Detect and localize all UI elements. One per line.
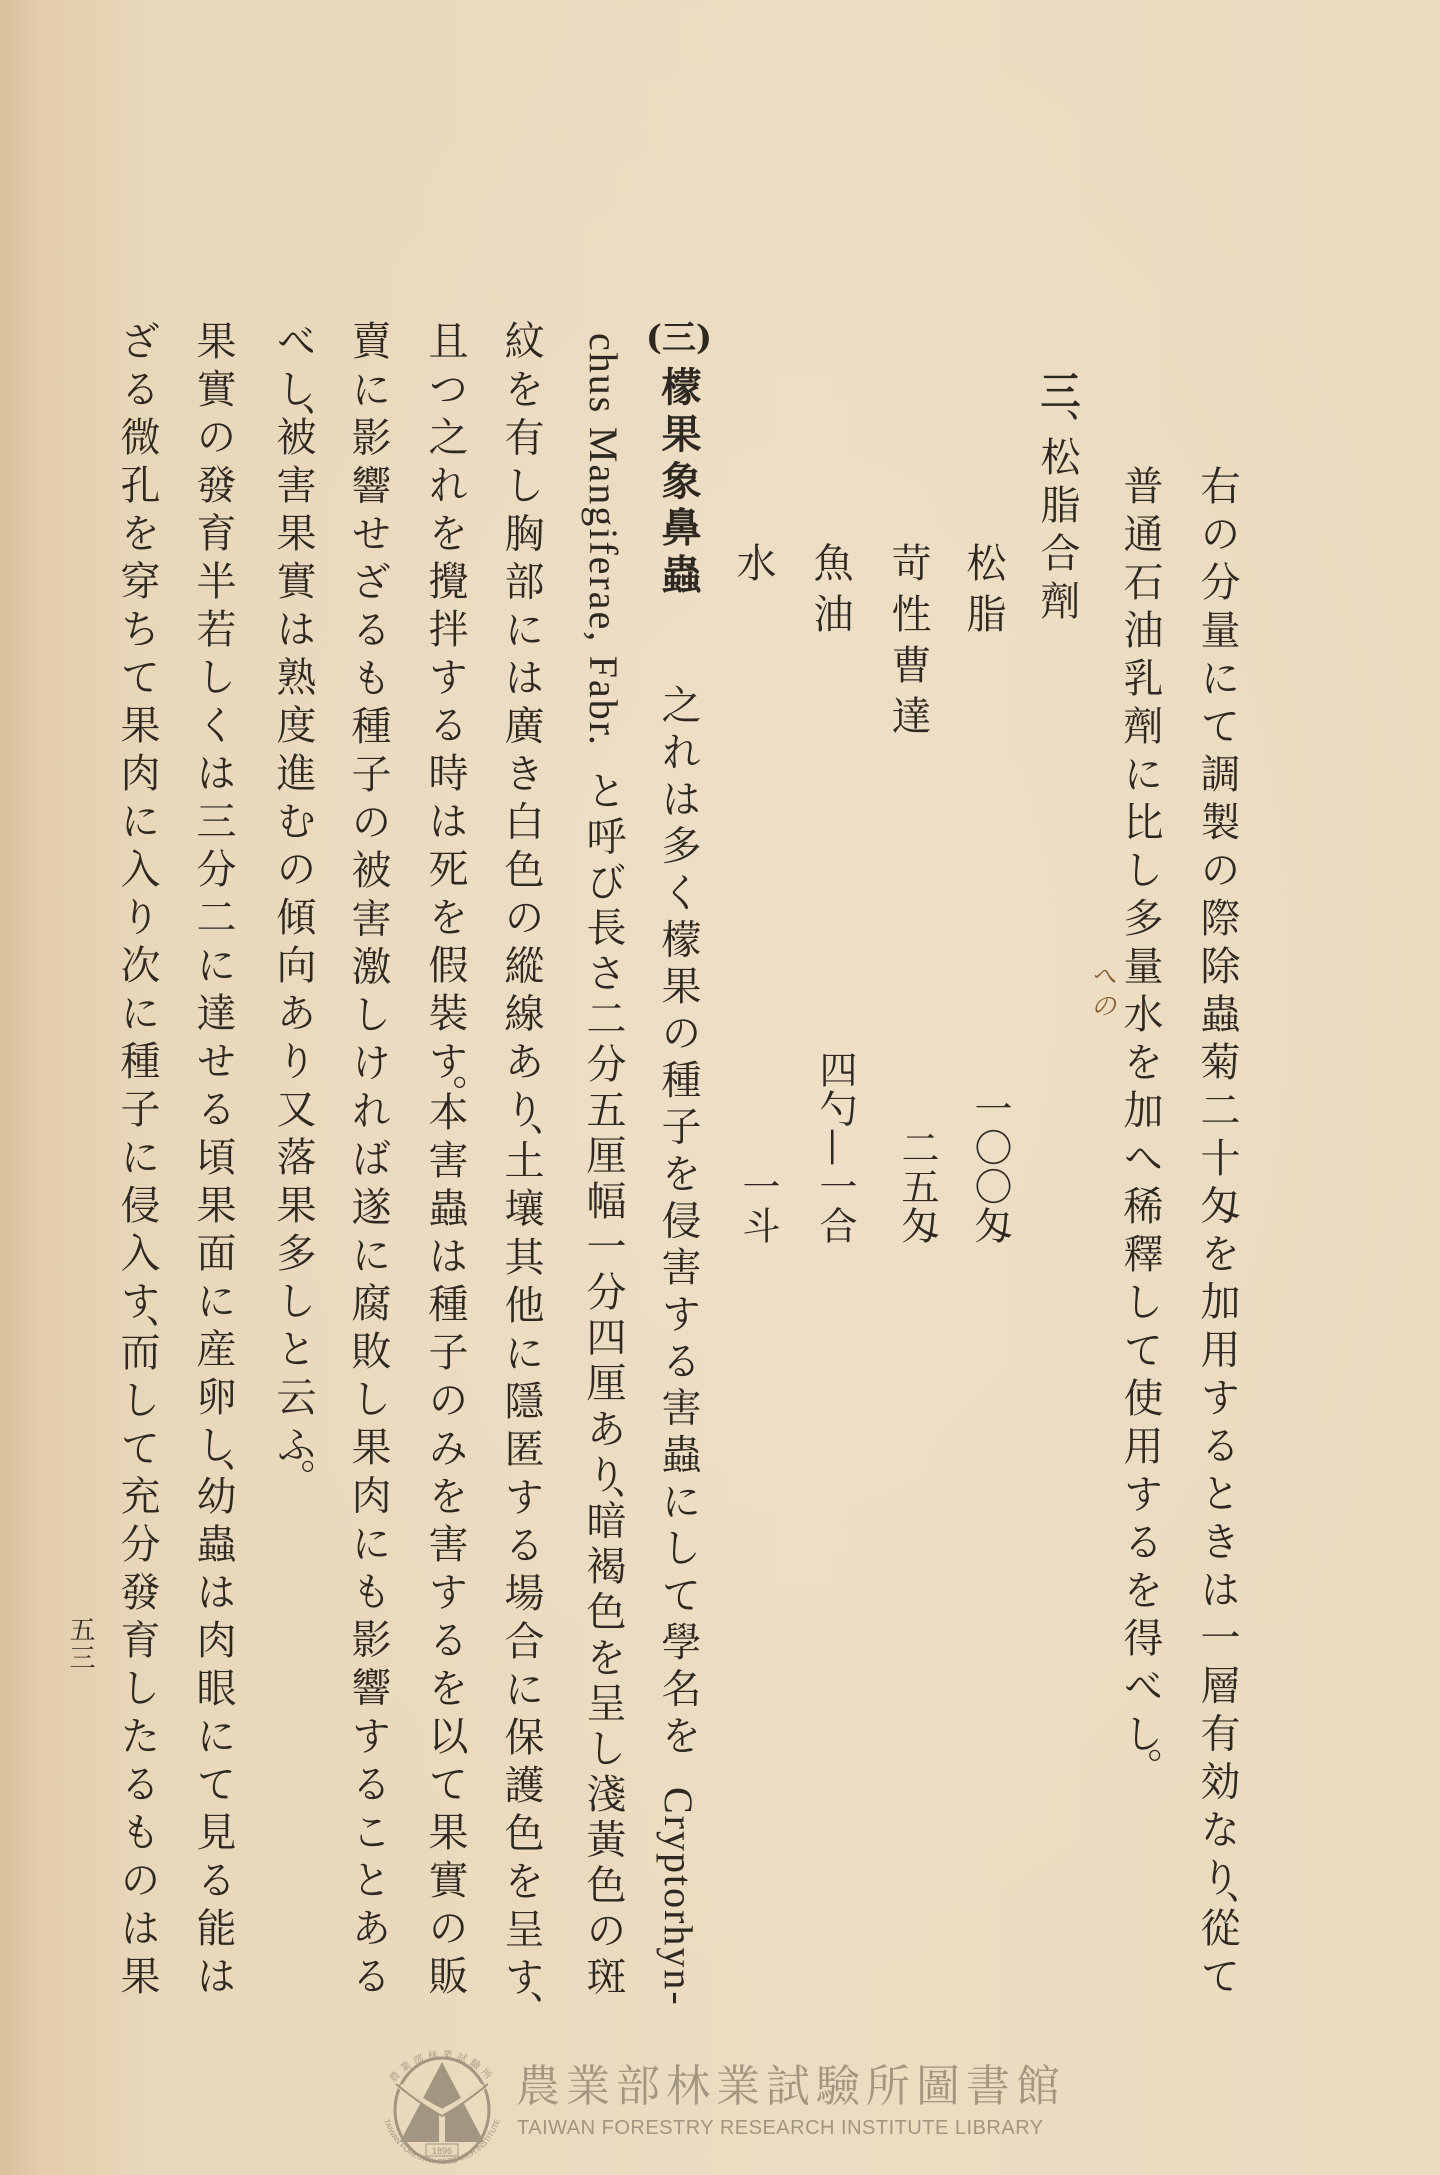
recipe-ingredient: 魚油 (810, 542, 850, 644)
scientific-name: Cryptorhyn- (656, 1787, 701, 2007)
pest-name: 檬果象鼻蟲 (655, 366, 702, 600)
book-page: 右の分量にて調製の際除蟲菊二十匁を加用するときは一層有効なり、從て 普通石油乳劑… (0, 0, 1440, 2175)
punctuation-mark: 、 (1194, 1890, 1240, 1893)
recipe-amount: 二五匁 (898, 1128, 936, 1245)
text-column: ざる微孔を穿ちて果肉に入り次に種子に侵入す、而して充分發育したるものは果 (117, 320, 157, 2000)
text-column: 右の分量にて調製の際除蟲菊二十匁を加用するときは一層有効なり、從て (1197, 465, 1237, 2000)
recipe-ingredient: 苛性曹達 (888, 542, 928, 746)
punctuation-mark: 、 (1034, 408, 1080, 426)
pest-number: (三) (636, 318, 722, 358)
library-logo-icon: 1896 農業部林業試驗所 TAIWAN FORESTRY RESEARCH I… (374, 2046, 510, 2174)
section-title: 松脂合劑 (1034, 436, 1080, 628)
punctuation-mark: 、 (498, 1122, 544, 1125)
recipe-amount: 一〇〇匁 (971, 1089, 1009, 1245)
text-column: 檬果象鼻蟲之れは多く檬果の種子を侵害する害蟲にして學名をCryptorhyn- (658, 366, 698, 2007)
handwritten-annotation: への (1088, 962, 1114, 1022)
text-column: べし、被害果實は熟度進むの傾向あり又落果多しと云ふ。 (273, 320, 313, 1472)
text-column: chus Mangiferae, Fabr.と呼び長さ二分五厘幅一分四厘あり、暗… (583, 333, 623, 2000)
punctuation-mark: 、 (580, 1485, 626, 1486)
logo-year: 1896 (432, 2146, 452, 2156)
pest-intro: 之れは多く檬果の種子を侵害する害蟲にして學名を (655, 684, 701, 1761)
recipe-ingredient: 水 (733, 542, 773, 593)
text-column: 普通石油乳劑に比し多量水を加へ稀釋して使用するを得べし。 (1120, 465, 1160, 1761)
punctuation-mark: 、 (114, 1314, 160, 1317)
text-column: 果實の發育半若しくは三分二に達せる頃果面に産卵し、幼蟲は肉眼にて見る能は (193, 320, 233, 2000)
punctuation-mark: 、 (190, 1458, 236, 1461)
scientific-name: chus Mangiferae, Fabr. (581, 333, 626, 747)
text-column: 賣に影響せざるも種子の被害激しければ遂に腐敗し果肉にも影響することある (348, 320, 388, 2000)
text-column: 紋を有し胸部には廣き白色の縱線あり、土壤其他に隱匿する場合に保護色を呈す、 (501, 320, 541, 2004)
punctuation-mark: 。 (422, 1074, 468, 1077)
page-number: 五三 (67, 1616, 93, 1672)
library-name-english: TAIWAN FORESTRY RESEARCH INSTITUTE LIBRA… (517, 2116, 1044, 2140)
section-heading: 三、松脂合劑 (1037, 370, 1077, 628)
body-text: と呼び長さ二分五厘幅一分四厘あり、暗褐色を呈し淺黃色の斑 (580, 769, 626, 2000)
recipe-amount: 四勺—一合 (816, 1050, 854, 1245)
text-column: 且つ之れを攪拌する時は死を假裝す。本害蟲は種子のみを害するを以て果實の販 (425, 320, 465, 2000)
library-name-chinese: 農業部林業試驗所圖書館 (516, 2062, 1066, 2112)
recipe-ingredient: 松脂 (963, 542, 1003, 644)
recipe-amount: 一斗 (739, 1167, 777, 1245)
